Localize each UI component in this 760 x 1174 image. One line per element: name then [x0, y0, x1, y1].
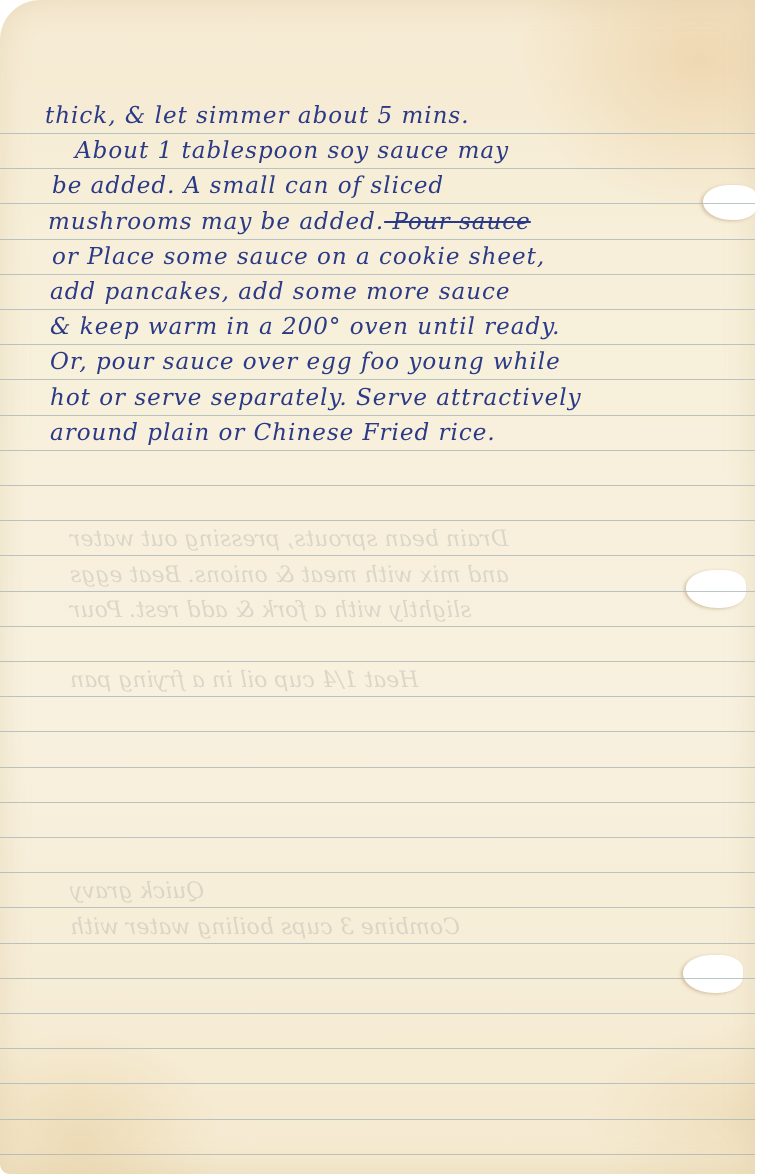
ruled-line: [0, 168, 755, 169]
line-text: & keep warm in a 200° oven until ready.: [50, 314, 560, 340]
ruled-line: [0, 415, 755, 416]
line-text: mushrooms may be added.: [48, 209, 384, 235]
ruled-line: [0, 520, 755, 521]
line-text: be added. A small can of sliced: [52, 173, 444, 199]
handwritten-line: Or, pour sauce over egg foo young while: [50, 349, 561, 375]
bleed-through-text: and mix with meat & onions. Beat eggs: [70, 563, 509, 588]
ruled-line: [0, 1154, 755, 1155]
ruled-line: [0, 1083, 755, 1084]
ruled-line: [0, 1013, 755, 1014]
struck-out-text: Pour sauce: [384, 209, 531, 235]
ruled-line: [0, 309, 755, 310]
handwritten-line: or Place some sauce on a cookie sheet,: [52, 244, 545, 270]
line-text: thick, & let simmer about 5 mins.: [45, 103, 470, 129]
ruled-line: [0, 1048, 755, 1049]
ruled-line: [0, 274, 755, 275]
line-text: add pancakes, add some more sauce: [50, 279, 511, 305]
handwritten-line: hot or serve separately. Serve attractiv…: [50, 385, 582, 411]
ruled-line: [0, 239, 755, 240]
line-text: Or, pour sauce over egg foo young while: [50, 349, 561, 375]
handwritten-line: around plain or Chinese Fried rice.: [50, 420, 496, 446]
ruled-line: [0, 907, 755, 908]
line-text: hot or serve separately. Serve attractiv…: [50, 385, 582, 411]
handwritten-line: thick, & let simmer about 5 mins.: [45, 103, 470, 129]
ruled-line: [0, 943, 755, 944]
line-text: or Place some sauce on a cookie sheet,: [52, 244, 545, 270]
ruled-line: [0, 591, 755, 592]
ruled-line: [0, 133, 755, 134]
ruled-line: [0, 379, 755, 380]
ruled-line: [0, 555, 755, 556]
ruled-line: [0, 837, 755, 838]
binder-hole-bottom: [683, 955, 743, 993]
ruled-line: [0, 450, 755, 451]
ruled-line: [0, 344, 755, 345]
ruled-line: [0, 626, 755, 627]
ruled-line: [0, 802, 755, 803]
bleed-through-text: Quick gravy: [70, 879, 204, 904]
ruled-line: [0, 767, 755, 768]
bleed-through-text: Drain bean sprouts, pressing out water: [70, 527, 508, 552]
ruled-line: [0, 661, 755, 662]
handwritten-line: mushrooms may be added. Pour sauce: [48, 209, 531, 235]
ruled-line: [0, 485, 755, 486]
ruled-line: [0, 731, 755, 732]
handwritten-line: About 1 tablespoon soy sauce may: [75, 138, 509, 164]
ruled-line: [0, 203, 755, 204]
ruled-line: [0, 872, 755, 873]
line-text: around plain or Chinese Fried rice.: [50, 420, 496, 446]
handwritten-line: be added. A small can of sliced: [52, 173, 444, 199]
handwritten-line: & keep warm in a 200° oven until ready.: [50, 314, 560, 340]
bleed-through-text: slightly with a fork & add rest. Pour: [70, 598, 471, 623]
ruled-line: [0, 696, 755, 697]
binder-hole-middle: [686, 570, 746, 608]
bleed-through-text: Combine 3 cups boiling water with: [70, 915, 460, 940]
line-text: About 1 tablespoon soy sauce may: [75, 138, 509, 164]
handwritten-line: add pancakes, add some more sauce: [50, 279, 511, 305]
bleed-through-text: Heat 1/4 cup oil in a frying pan: [70, 668, 418, 693]
ruled-line: [0, 978, 755, 979]
ruled-line: [0, 1119, 755, 1120]
